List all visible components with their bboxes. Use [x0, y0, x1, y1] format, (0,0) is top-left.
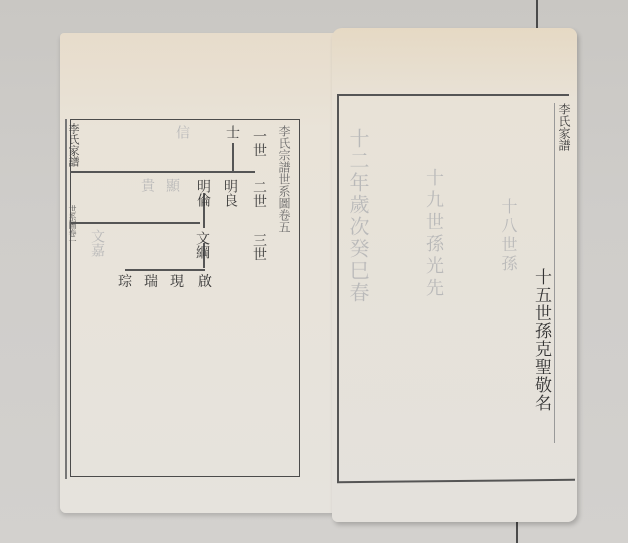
- faded-name-1: 信: [175, 125, 189, 139]
- gen3-name-2: 文嘉: [90, 229, 104, 257]
- right-bottom-border: [337, 479, 575, 483]
- faded-name-3: 顯: [165, 178, 179, 192]
- gen4-name-4: 琮: [118, 271, 132, 291]
- gen1-name: 士: [225, 125, 239, 139]
- gen-label-2: 二世: [252, 180, 266, 208]
- faded-name-2: 貴: [140, 178, 154, 192]
- gen-label-1: 一世: [252, 129, 266, 157]
- tree-branch-4: [125, 269, 205, 271]
- gen2-name-1: 明良: [223, 179, 237, 207]
- right-inner-rule: [554, 103, 555, 443]
- right-margin-title: 李氏家譜: [558, 103, 570, 151]
- left-margin-sub: 世系圖卷一: [68, 205, 76, 245]
- left-page-fold-edge: [65, 119, 67, 479]
- gen4-name-3: 瑞: [144, 271, 158, 291]
- gen4-name-1: 啟: [198, 271, 212, 291]
- faded-column-3: 十八世孫: [500, 198, 516, 274]
- gen-label-3: 三世: [252, 233, 266, 261]
- left-page: 李氏家譜 世系圖卷一 李氏宗譜世系圖卷五 一世 二世 三世 士 明良 明倫 文綱…: [60, 33, 335, 513]
- right-page: 李氏家譜 十二年歲次癸巳春 十九世孫光先 十八世孫 十五世孫克聖敬名: [332, 28, 577, 522]
- row-divider-2: [70, 222, 200, 224]
- right-top-border: [337, 94, 569, 96]
- gen3-name-1: 文綱: [195, 231, 209, 259]
- tree-line-1: [232, 143, 234, 173]
- left-page-frame: [70, 119, 300, 477]
- left-margin-title: 李氏家譜: [68, 123, 79, 167]
- right-left-border: [337, 94, 339, 482]
- header-title: 李氏宗譜世系圖卷五: [278, 125, 290, 233]
- handwritten-note: 十五世孫克聖敬名: [532, 268, 549, 412]
- row-divider-1: [70, 171, 255, 173]
- faded-column-2: 十九世孫光先: [424, 168, 442, 300]
- gen2-name-2: 明倫: [196, 179, 210, 207]
- gen4-name-2: 現: [170, 271, 184, 291]
- faded-column-1: 十二年歲次癸巳春: [348, 128, 368, 304]
